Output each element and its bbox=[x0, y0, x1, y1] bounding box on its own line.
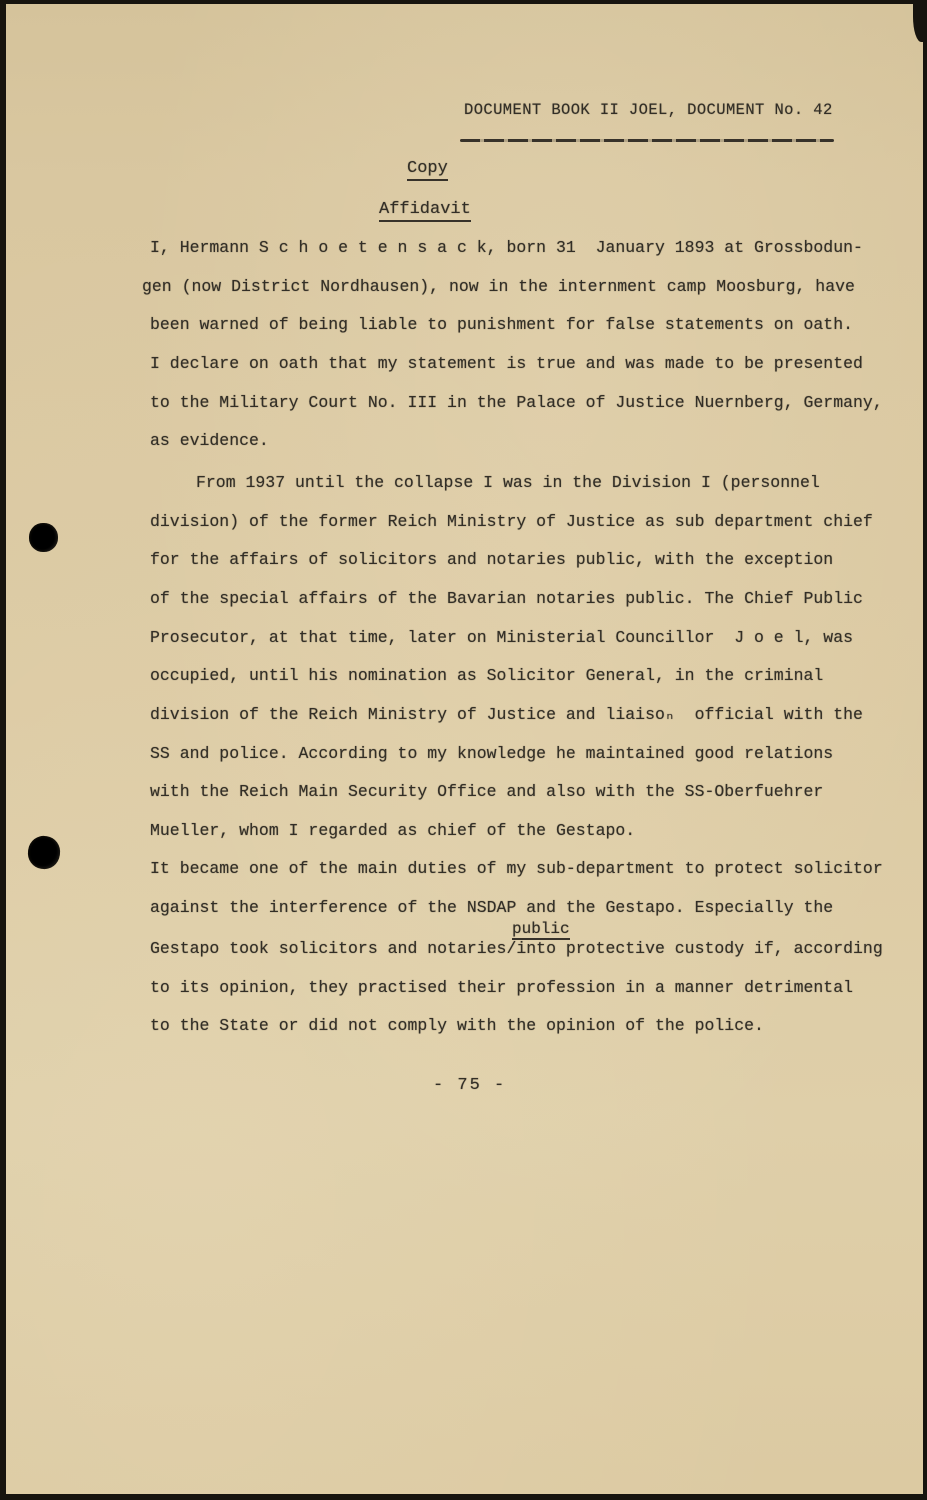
scan-edge-top bbox=[0, 0, 927, 4]
copy-heading: Copy bbox=[407, 160, 448, 181]
page-number: - 75 - bbox=[433, 1077, 506, 1094]
affidavit-line: as evidence. bbox=[150, 433, 269, 450]
affidavit-line: to the State or did not comply with the … bbox=[150, 1018, 764, 1035]
affidavit-line: occupied, until his nomination as Solici… bbox=[150, 668, 823, 685]
scan-edge-left bbox=[0, 0, 6, 1500]
affidavit-line: Prosecutor, at that time, later on Minis… bbox=[150, 630, 853, 647]
affidavit-line: From 1937 until the collapse I was in th… bbox=[196, 475, 820, 492]
scan-edge-bottom bbox=[0, 1494, 927, 1500]
affidavit-line: to its opinion, they practised their pro… bbox=[150, 980, 853, 997]
affidavit-line: Gestapo took solicitors and notaries/int… bbox=[150, 941, 883, 958]
scan-edge-right bbox=[923, 0, 927, 1500]
affidavit-line: been warned of being liable to punishmen… bbox=[150, 317, 853, 334]
affidavit-line: I, Hermann S c h o e t e n s a c k, born… bbox=[150, 240, 863, 257]
scanned-document-page: DOCUMENT BOOK II JOEL, DOCUMENT No. 42 C… bbox=[0, 0, 927, 1500]
header-underline-rule bbox=[460, 139, 834, 142]
affidavit-line: for the affairs of solicitors and notari… bbox=[150, 552, 833, 569]
affidavit-line: with the Reich Main Security Office and … bbox=[150, 784, 823, 801]
affidavit-line: division of the Reich Ministry of Justic… bbox=[150, 707, 863, 724]
affidavit-line: against the interference of the NSDAP an… bbox=[150, 900, 833, 917]
inserted-word-public: public bbox=[512, 921, 570, 940]
scan-corner-top-right bbox=[913, 0, 927, 42]
punch-hole bbox=[29, 523, 58, 552]
affidavit-line: division) of the former Reich Ministry o… bbox=[150, 514, 873, 531]
affidavit-line: It became one of the main duties of my s… bbox=[150, 861, 883, 878]
affidavit-line: to the Military Court No. III in the Pal… bbox=[150, 395, 883, 412]
affidavit-line: SS and police. According to my knowledge… bbox=[150, 746, 833, 763]
affidavit-line: Mueller, whom I regarded as chief of the… bbox=[150, 823, 635, 840]
document-header: DOCUMENT BOOK II JOEL, DOCUMENT No. 42 bbox=[464, 103, 833, 119]
affidavit-line: of the special affairs of the Bavarian n… bbox=[150, 591, 863, 608]
affidavit-line: gen (now District Nordhausen), now in th… bbox=[142, 279, 855, 296]
affidavit-heading: Affidavit bbox=[379, 201, 471, 222]
affidavit-line: I declare on oath that my statement is t… bbox=[150, 356, 863, 373]
